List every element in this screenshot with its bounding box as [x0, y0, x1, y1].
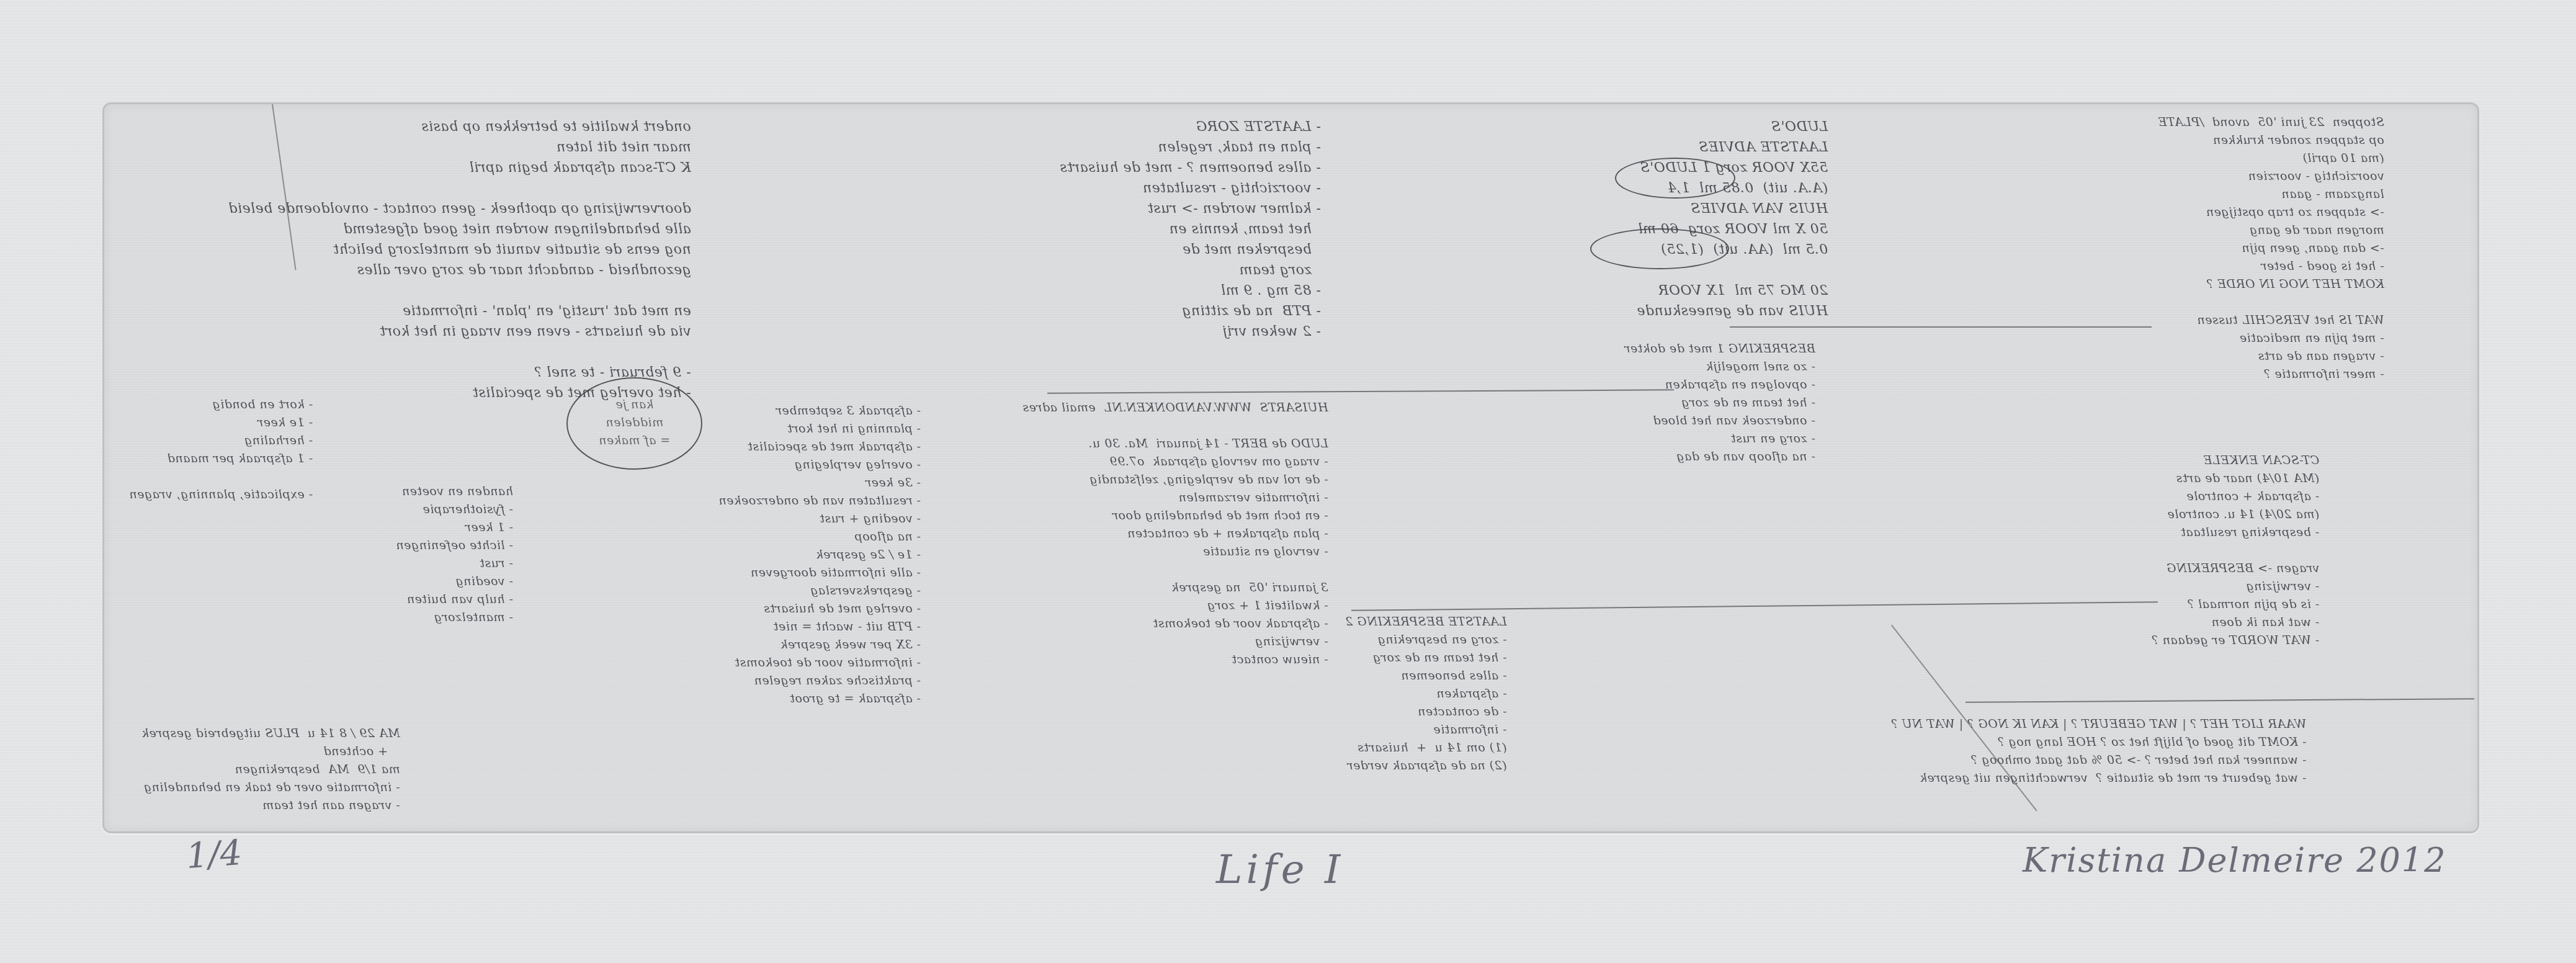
divider-line	[1351, 601, 2158, 611]
handwritten-note-col5: Stoppen 23 juni '05 avond /PLATE op stap…	[2158, 114, 2384, 383]
handwritten-note-col1-bottom: MA 29 / 8 14 u PLUS uitgebreid gesprek +…	[141, 725, 400, 815]
circled-dose	[1590, 228, 1729, 269]
handwritten-note-col5-bottom: CT-SCAN ENKELE (MA 10/4) naar de arts - …	[2152, 452, 2319, 650]
handwritten-note-col3-mid: HUISARTS WWW.VANDONKEN.NL email adres LU…	[1022, 399, 1328, 669]
handwritten-note-col4-bottom: LAATSTE BESPREKING 2 - zorg en besprekin…	[1345, 613, 1507, 775]
divider-line	[1730, 326, 2152, 328]
etching-plate: ondert kwalitie te betrekken op basis ma…	[102, 102, 2479, 833]
handwritten-note-col1-left: - kort en bondig - 1e keer - herhaling -…	[129, 396, 313, 504]
edition-number: 1/4	[185, 833, 243, 877]
handwritten-note-col2: - afspraak 3 september - planning in het…	[718, 402, 921, 708]
handwritten-note-col1-list: handen en voeten - fysiotherapie - 1 kee…	[396, 483, 513, 627]
handwritten-final-questions: WAAR LIGT HET ? | WAT GEBEURT ? | KAN IK…	[1891, 715, 2306, 787]
handwritten-note-col1-top: ondert kwalitie te betrekken op basis ma…	[228, 117, 691, 403]
circled-note-text: kan je middelen = af maken	[568, 396, 701, 450]
divider-line	[1966, 698, 2474, 703]
handwritten-note-col4-mid: BESPREKING 1 met de dokter - zo snel mog…	[1624, 340, 1815, 466]
artwork-title: Life I	[1216, 847, 1344, 893]
artist-signature: Kristina Delmeire 2012	[2023, 841, 2447, 880]
handwritten-note-col3-top: - LAATSTE ZORG - plan en taak, regelen -…	[1060, 117, 1321, 342]
handwritten-note-col4-top: LUDO'S LAATSTE ADVIES 55X VOOR zorg 1 LU…	[1637, 117, 1828, 321]
divider-line	[1047, 389, 1674, 393]
circled-note: kan je middelen = af maken	[566, 377, 702, 470]
circled-dose	[1615, 158, 1735, 199]
